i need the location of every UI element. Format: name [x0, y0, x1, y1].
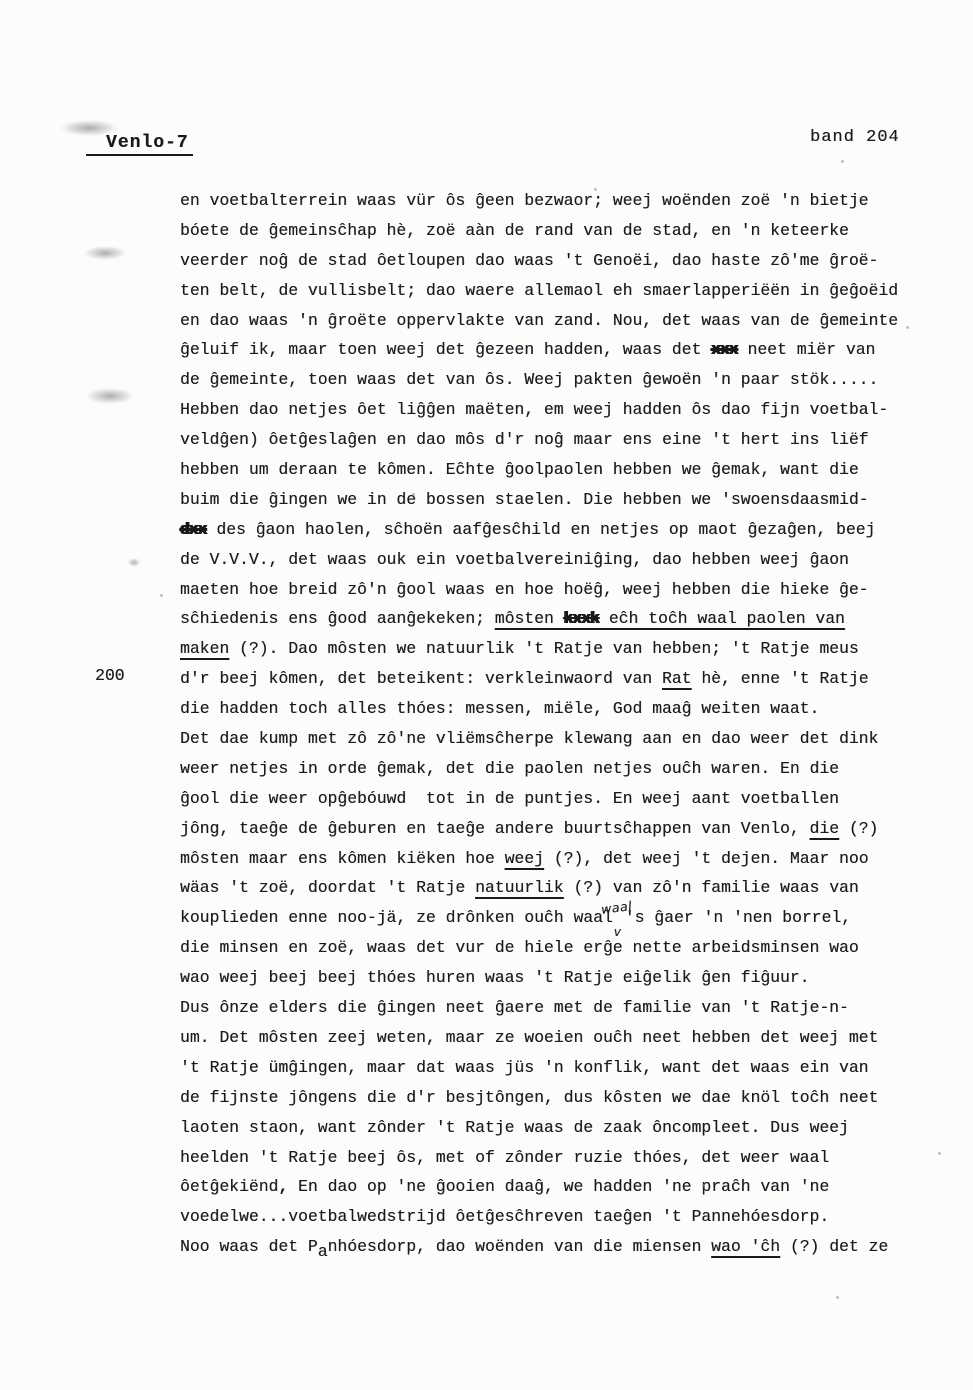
text-line: buim die ĝingen we in de bossen staelen.… — [180, 485, 940, 515]
typed-text: de ĝemeinte, toen waas det van ôs. Weej … — [180, 370, 878, 389]
scan-speck — [841, 160, 844, 163]
typed-text: ĝeluif ik, maar toen weej det ĝezeen had… — [180, 340, 711, 359]
typed-text: ôetĝekiënd — [180, 1177, 278, 1196]
underlined-text: Rat — [662, 669, 692, 688]
scan-speck — [160, 594, 163, 597]
typed-text: Noo waas det P — [180, 1237, 318, 1256]
typed-text: Dus ônze elders die ĝingen neet ĝaere me… — [180, 998, 849, 1017]
text-line: en dao waas 'n ĝroëte oppervlakte van za… — [180, 306, 940, 336]
pencil-smudge — [128, 558, 140, 567]
text-line: en voetbalterrein waas vür ôs ĝeen bezwa… — [180, 186, 940, 216]
typed-text: hè, enne 't Ratje — [691, 669, 868, 688]
text-line: de V.V.V., det waas ouk ein voetbalverei… — [180, 545, 940, 575]
underlined-text: môsten — [495, 609, 564, 628]
text-line: de fijnste jôngens die d'r besjtôngen, d… — [180, 1083, 940, 1113]
typed-text: , — [278, 1177, 288, 1196]
text-line: laoten staon, want zônder 't Ratje waas … — [180, 1113, 940, 1143]
typed-text: kouplieden enne noo-jä, ze drônken ouĉh … — [180, 908, 613, 927]
scanned-typescript-page: Venlo-7 band 204 200 en voetbalterrein w… — [0, 0, 973, 1390]
typed-text: hebben um deraan te kômen. Eĉhte ĝoolpao… — [180, 460, 859, 479]
text-line: voedelwe...voetbalwedstrijd ôetĝesĉhreve… — [180, 1202, 940, 1232]
typed-text: Hebben dao netjes ôet liĝĝen maëten, em … — [180, 400, 888, 419]
underlined-text: eĉh toĉh waal paolen van — [599, 609, 845, 628]
pencil-smudge — [86, 388, 134, 404]
typed-text: (?). Dao môsten we natuurlik 't Ratje va… — [229, 639, 859, 658]
typed-text: d'r beej kômen, det beteikent: verkleinw… — [180, 669, 662, 688]
text-line: wäas 't zoë, doordat 't Ratje natuurlik … — [180, 873, 940, 903]
text-line: ĝool die weer opĝebóuwd tot in de puntje… — [180, 784, 940, 814]
typed-text: laoten staon, want zônder 't Ratje waas … — [180, 1118, 849, 1137]
text-line: maeten hoe breid zô'n ĝool waas en hoe h… — [180, 575, 940, 605]
typed-text: môsten maar ens kômen kiëken hoe — [180, 849, 505, 868]
text-line: ôetĝekiënd, En dao op 'ne ĝooien daaĝ, w… — [180, 1172, 940, 1202]
typed-text: um. Det môsten zeej weten, maar ze woeie… — [180, 1028, 878, 1047]
text-line: Det dae kump met zô zô'ne vliëmsĉherpe k… — [180, 724, 940, 754]
typed-text: jông, taeĝe de ĝeburen en taeĝe andere b… — [180, 819, 810, 838]
scan-speck — [594, 188, 597, 191]
typed-text: veerder noĝ de stad ôetloupen dao waas '… — [180, 251, 878, 270]
typed-text: wäas 't zoë, doordat 't Ratje — [180, 878, 475, 897]
typed-text: de V.V.V., det waas ouk ein voetbalverei… — [180, 550, 849, 569]
typed-text: weer netjes in orde ĝemak, det die paole… — [180, 759, 839, 778]
typed-text: ten belt, de vullisbelt; dao waere allem… — [180, 281, 898, 300]
scan-speck — [906, 326, 909, 329]
typed-text: bóete de ĝemeinsĉhap hè, zoë aàn de rand… — [180, 221, 849, 240]
scan-speck — [702, 1184, 705, 1187]
text-line: maken (?). Dao môsten we natuurlik 't Ra… — [180, 634, 940, 664]
typed-text: die hadden toch alles thóes: messen, mië… — [180, 699, 819, 718]
typed-text: nhóesdorp, dao woënden van die miensen — [328, 1237, 712, 1256]
text-line: weer netjes in orde ĝemak, det die paole… — [180, 754, 940, 784]
typed-text: sĉhiedenis ens ĝood aanĝekeken; — [180, 609, 495, 628]
typed-text: de fijnste jôngens die d'r besjtôngen, d… — [180, 1088, 878, 1107]
typed-text: Det dae kump met zô zô'ne vliëmsĉherpe k… — [180, 729, 878, 748]
text-line: ten belt, de vullisbelt; dao waere allem… — [180, 276, 940, 306]
typed-text: En dao op 'ne ĝooien daaĝ, we hadden 'ne… — [288, 1177, 829, 1196]
text-line: hebben um deraan te kômen. Eĉhte ĝoolpao… — [180, 455, 940, 485]
pencil-smudge — [84, 246, 126, 260]
typed-text: en voetbalterrein waas vür ôs ĝeen bezwa… — [180, 191, 869, 210]
text-line: wao weej beej beej thóes huren waas 't R… — [180, 963, 940, 993]
typed-text: neet miër van — [738, 340, 876, 359]
text-line: ĝeluif ik, maar toen weej det ĝezeen had… — [180, 335, 940, 365]
text-line: de ĝemeinte, toen waas det van ôs. Weej … — [180, 365, 940, 395]
underlined-text: die — [810, 819, 840, 838]
typed-text: buim die ĝingen we in de bossen staelen.… — [180, 490, 869, 509]
typed-text: (?) van zô'n familie waas van — [564, 878, 859, 897]
typed-text: a — [318, 1242, 328, 1261]
typed-text: 't Ratje ümĝingen, maar dat waas jüs 'n … — [180, 1058, 869, 1077]
scan-speck — [412, 493, 415, 496]
margin-line-number: 200 — [95, 666, 125, 685]
typed-text: die minsen en zoë, waas det vur de hiele… — [180, 938, 859, 957]
typed-text: (?) det ze — [780, 1237, 888, 1256]
typed-text: (?) — [839, 819, 878, 838]
typed-text: des ĝaon haolen, sĉhoën aafĝesĉhild en n… — [207, 520, 876, 539]
tape-band-number: band 204 — [810, 128, 900, 147]
struck-out-word: xxx — [711, 340, 738, 359]
text-line: kouplieden enne noo-jä, ze drônken ouĉh … — [180, 903, 940, 933]
typed-text: veldĝen) ôetĝeslaĝen en dao môs d'r noĝ … — [180, 430, 869, 449]
text-line: die minsen en zoë, waas det vur de hiele… — [180, 933, 940, 963]
typed-text: (?), det weej 't dejen. Maar noo — [544, 849, 869, 868]
struck-out-word: kxxk — [564, 609, 599, 628]
text-line: um. Det môsten zeej weten, maar ze woeie… — [180, 1023, 940, 1053]
text-line: dxx des ĝaon haolen, sĉhoën aafĝesĉhild … — [180, 515, 940, 545]
scan-speck — [938, 1152, 941, 1155]
typed-text: heelden 't Ratje beej ôs, met of zônder … — [180, 1148, 829, 1167]
text-line: heelden 't Ratje beej ôs, met of zônder … — [180, 1143, 940, 1173]
struck-out-word: dxx — [180, 520, 207, 539]
typed-text: en dao waas 'n ĝroëte oppervlakte van za… — [180, 311, 898, 330]
text-line: sĉhiedenis ens ĝood aanĝekeken; môsten k… — [180, 604, 940, 634]
text-line: die hadden toch alles thóes: messen, mië… — [180, 694, 940, 724]
underlined-text: wao 'ĉh — [711, 1237, 780, 1256]
text-line: Dus ônze elders die ĝingen neet ĝaere me… — [180, 993, 940, 1023]
text-line: Noo waas det Panhóesdorp, dao woënden va… — [180, 1232, 940, 1262]
typed-text: voedelwe...voetbalwedstrijd ôetĝesĉhreve… — [180, 1207, 829, 1226]
typed-text: ĝool die weer opĝebóuwd tot in de puntje… — [180, 789, 839, 808]
text-line: d'r beej kômen, det beteikent: verkleinw… — [180, 664, 940, 694]
pencil-smudge — [60, 120, 118, 136]
text-line: jông, taeĝe de ĝeburen en taeĝe andere b… — [180, 814, 940, 844]
text-line: bóete de ĝemeinsĉhap hè, zoë aàn de rand… — [180, 216, 940, 246]
text-line: veerder noĝ de stad ôetloupen dao waas '… — [180, 246, 940, 276]
underlined-text: natuurlik — [475, 878, 564, 897]
underlined-text: weej — [505, 849, 544, 868]
typed-text: maeten hoe breid zô'n ĝool waas en hoe h… — [180, 580, 869, 599]
scan-speck — [836, 1296, 839, 1299]
body-text: en voetbalterrein waas vür ôs ĝeen bezwa… — [180, 186, 940, 1262]
typed-text: 's ĝaer 'n 'nen borrel, — [625, 908, 851, 927]
text-line: môsten maar ens kômen kiëken hoe weej (?… — [180, 844, 940, 874]
text-line: veldĝen) ôetĝeslaĝen en dao môs d'r noĝ … — [180, 425, 940, 455]
typed-text: wao weej beej beej thóes huren waas 't R… — [180, 968, 810, 987]
text-line: Hebben dao netjes ôet liĝĝen maëten, em … — [180, 395, 940, 425]
underlined-text: maken — [180, 639, 229, 658]
document-reference: Venlo-7 — [86, 133, 193, 156]
text-line: 't Ratje ümĝingen, maar dat waas jüs 'n … — [180, 1053, 940, 1083]
